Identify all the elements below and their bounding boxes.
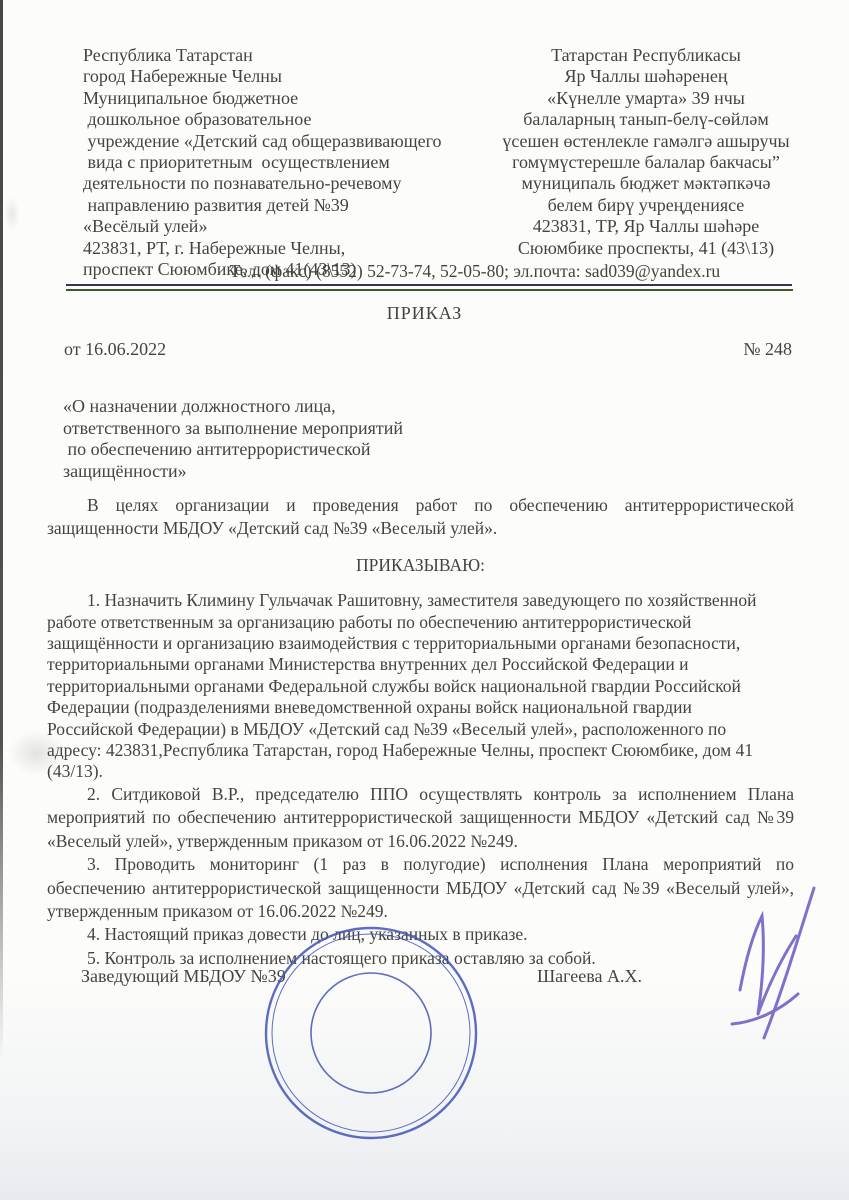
letterhead-line: учреждение «Детский сад общеразвивающего bbox=[83, 131, 458, 152]
letterhead-line: 423831, РТ, г. Набережные Челны, bbox=[83, 238, 458, 259]
letterhead-russian: Республика Татарстан город Набережные Че… bbox=[83, 45, 458, 280]
letterhead-line: Республика Татарстан bbox=[83, 45, 458, 66]
subject-line: ответственного за выполнение мероприятий bbox=[63, 418, 403, 440]
letterhead-line: гомүмүстерешле балалар бакчасы” bbox=[468, 152, 824, 173]
stamp-outer-ring-text: ДЕТСКИЙ САД ОБЩЕРАЗВИВАЮЩЕГО ВИДА С ПРИО… bbox=[273, 935, 469, 1131]
order-item: 1. Назначить Климину Гульчачак Рашитовну… bbox=[47, 590, 775, 783]
letterhead-line: Яр Чаллы шәһәренең bbox=[468, 66, 824, 87]
stamp-inn-text: ИНН 1650086222 bbox=[323, 1035, 418, 1077]
order-item: 3. Проводить мониторинг (1 раз в полугод… bbox=[47, 853, 794, 923]
scan-smudge bbox=[4, 196, 20, 232]
order-title: ПРИКАЗ bbox=[0, 303, 849, 324]
letterhead-line: дошкольное образовательное bbox=[83, 109, 458, 130]
letterhead-line: белем бирү учреңдениясе bbox=[468, 195, 824, 216]
letterhead-line: «Весёлый улей» bbox=[83, 216, 458, 237]
round-stamp: ДЕТСКИЙ САД ОБЩЕРАЗВИВАЮЩЕГО ВИДА С ПРИО… bbox=[258, 920, 484, 1146]
letterhead-line: Сююмбике проспекты, 41 (43\13) bbox=[468, 238, 824, 259]
stamp-outer-circle bbox=[266, 928, 476, 1138]
letterhead-line: муниципаль бюджет мәктәпкәчә bbox=[468, 173, 824, 194]
scan-edge-artifact bbox=[0, 0, 3, 1060]
resolution-word: ПРИКАЗЫВАЮ: bbox=[47, 554, 794, 577]
signer-position: Заведующий МБДОУ №39 bbox=[81, 966, 286, 987]
intro-paragraph: В целях организации и проведения работ п… bbox=[47, 494, 794, 541]
letterhead-line: направлению развития детей №39 bbox=[83, 195, 458, 216]
letterhead-line: «Күнелле умарта» 39 нчы bbox=[468, 88, 824, 109]
subject-line: по обеспечению антитеррористической bbox=[63, 439, 403, 461]
stamp-ogrn-text: ОГРН 1031616004771 bbox=[317, 1003, 426, 1048]
order-body: В целях организации и проведения работ п… bbox=[47, 494, 794, 970]
document-page: Республика Татарстан город Набережные Че… bbox=[0, 0, 849, 1200]
stamp-inner-circle bbox=[311, 973, 431, 1093]
subject-line: «О назначении должностного лица, bbox=[63, 396, 403, 418]
letterhead-line: Татарстан Республикасы bbox=[468, 45, 824, 66]
signer-name: Шагеева А.Х. bbox=[537, 966, 642, 987]
divider-rule-top bbox=[66, 284, 792, 286]
order-item: 2. Ситдиковой В.Р., председателю ППО осу… bbox=[47, 783, 794, 853]
contact-line: Тел. (факс) (8552) 52-73-74, 52-05-80; э… bbox=[125, 261, 825, 282]
order-number: № 248 bbox=[743, 339, 792, 360]
stamp-center-text: «Веселый улей» bbox=[311, 1026, 431, 1042]
letterhead-line: деятельности по познавательно-речевому bbox=[83, 173, 458, 194]
letterhead-line: балаларның танып-белү-сөйләм bbox=[468, 109, 824, 130]
letterhead-line: город Набережные Челны bbox=[83, 66, 458, 87]
divider-rule-bottom bbox=[66, 289, 793, 291]
letterhead-line: вида с приоритетным осуществлением bbox=[83, 152, 458, 173]
subject-line: защищённости» bbox=[63, 461, 403, 483]
letterhead-tatar: Татарстан Республикасы Яр Чаллы шәһәрене… bbox=[468, 45, 824, 259]
signature-stroke bbox=[764, 888, 814, 1038]
letterhead-line: үсешен өстенлекле гамәлгә ашыручы bbox=[468, 131, 824, 152]
letterhead-line: Муниципальное бюджетное bbox=[83, 88, 458, 109]
order-subject: «О назначении должностного лица, ответст… bbox=[63, 396, 403, 482]
letterhead-line: 423831, ТР, Яр Чаллы шәһәре bbox=[468, 216, 824, 237]
order-date: от 16.06.2022 bbox=[64, 339, 166, 360]
stamp-mid-circle bbox=[272, 934, 470, 1132]
handwritten-signature bbox=[688, 872, 840, 1074]
signature-stroke bbox=[740, 916, 763, 1014]
